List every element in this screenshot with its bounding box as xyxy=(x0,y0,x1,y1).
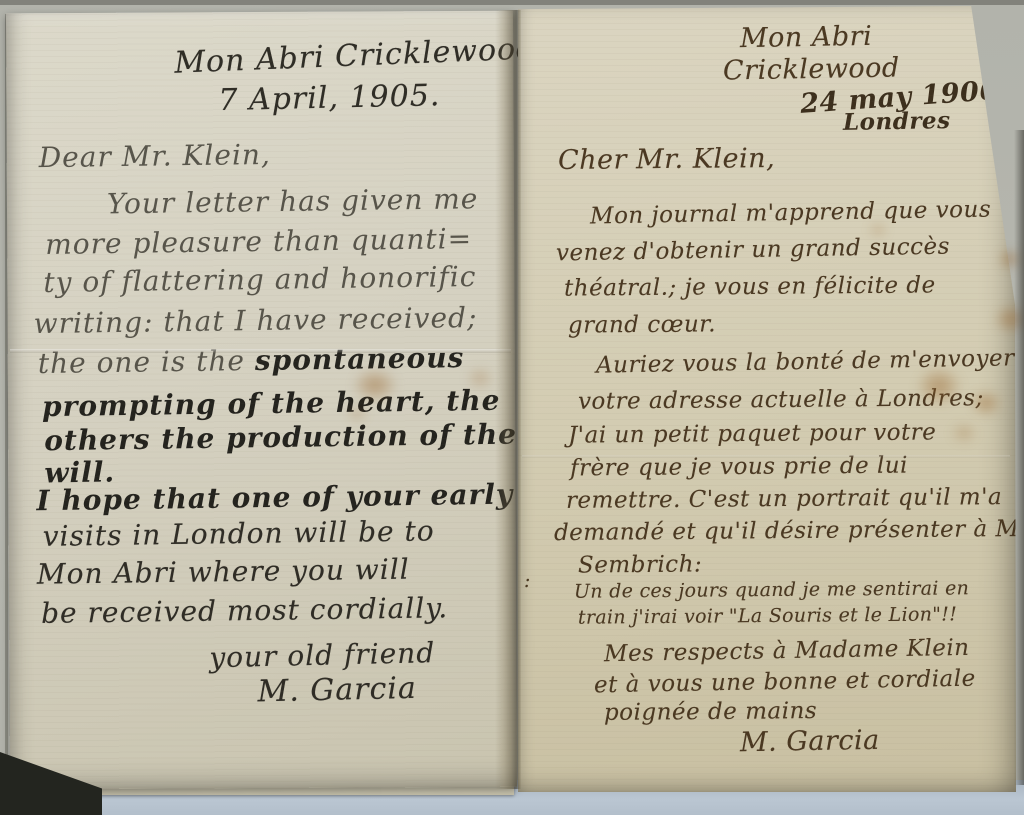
left-letter-body-line: visits in London will be to xyxy=(43,517,435,550)
left-letter-body-line: ty of flattering and honorific xyxy=(43,263,476,297)
photo-top-edge xyxy=(0,0,1024,5)
right-letter-postscript-line: Un de ces jours quand je me sentirai en xyxy=(574,579,969,601)
right-letter-body-line: Auriez vous la bonté de m'envoyer xyxy=(596,347,1015,377)
right-letter-heading-city: Londres xyxy=(843,109,951,134)
left-letter-body-line: Your letter has given me xyxy=(107,185,479,218)
right-letter-body-line: Sembrich: xyxy=(578,553,702,577)
left-letter-body-line: prompting of the heart, the xyxy=(42,387,501,421)
left-letter-body-line: Mon Abri where you will xyxy=(37,556,410,589)
right-letter-fold-crease xyxy=(522,455,1010,458)
left-letter-body-segment-emphasized: spontaneous xyxy=(255,341,465,377)
left-letter-body-line: writing: that I have received; xyxy=(33,304,477,338)
right-letter-salutation: Cher Mr. Klein, xyxy=(558,145,775,174)
left-letter-body-line: be received most cordially. xyxy=(41,594,448,628)
left-letter-closing: your old friend xyxy=(209,639,435,672)
right-letter-closing-line: et à vous une bonne et cordiale xyxy=(594,668,976,698)
photo-right-edge-shadow xyxy=(1014,130,1024,785)
left-letter-heading-place: Mon Abri Cricklewood xyxy=(174,34,537,79)
right-letter-body-line: Mon journal m'apprend que vous xyxy=(590,199,992,229)
left-letter-body-line: more pleasure than quanti= xyxy=(45,225,472,259)
right-letter-margin-mark: : xyxy=(524,572,531,591)
right-letter-signature: M. Garcia xyxy=(740,727,880,756)
right-letter-body-line: grand cœur. xyxy=(568,313,716,337)
right-letter-closing-line: poignée de mains xyxy=(604,700,817,725)
right-letter-body-line: votre adresse actuelle à Londres; xyxy=(578,387,984,414)
right-letter-body-line: J'ai un petit paquet pour votre xyxy=(568,421,937,447)
right-letter-heading-locality: Cricklewood xyxy=(723,54,900,84)
right-letter-body-line: venez d'obtenir un grand succès xyxy=(556,236,950,266)
left-letter-salutation: Dear Mr. Klein, xyxy=(39,141,271,172)
left-letter-signature: M. Garcia xyxy=(257,674,417,708)
fold-seam xyxy=(495,10,521,789)
left-letter-fold-crease xyxy=(10,349,511,353)
right-letter-body-line: théatral.; je vous en félicite de xyxy=(564,274,936,300)
right-letter-body-line: remettre. C'est un portrait qu'il m'a xyxy=(566,486,1002,513)
right-letter-closing-line: Mes respects à Madame Klein xyxy=(604,637,970,666)
right-letter-body-line: frère que je vous prie de lui xyxy=(570,455,908,481)
left-letter-body-line: others the production of the xyxy=(44,421,517,456)
right-letter-postscript-line: train j'irai voir "La Souris et le Lion"… xyxy=(578,605,957,627)
left-letter-body-line: I hope that one of your early xyxy=(36,481,513,516)
right-letter-heading-place: Mon Abri xyxy=(740,23,873,52)
photo-of-two-letters: Mon Abri Cricklewood 7 April, 1905. Dear… xyxy=(0,0,1024,815)
left-letter-page: Mon Abri Cricklewood 7 April, 1905. Dear… xyxy=(6,11,517,790)
right-letter-body-line: demandé et qu'il désire présenter à Me xyxy=(554,518,1024,545)
left-letter-heading-date: 7 April, 1905. xyxy=(218,81,441,116)
right-letter-page: Mon Abri Cricklewood 24 may 1906 Londres… xyxy=(518,6,1016,792)
